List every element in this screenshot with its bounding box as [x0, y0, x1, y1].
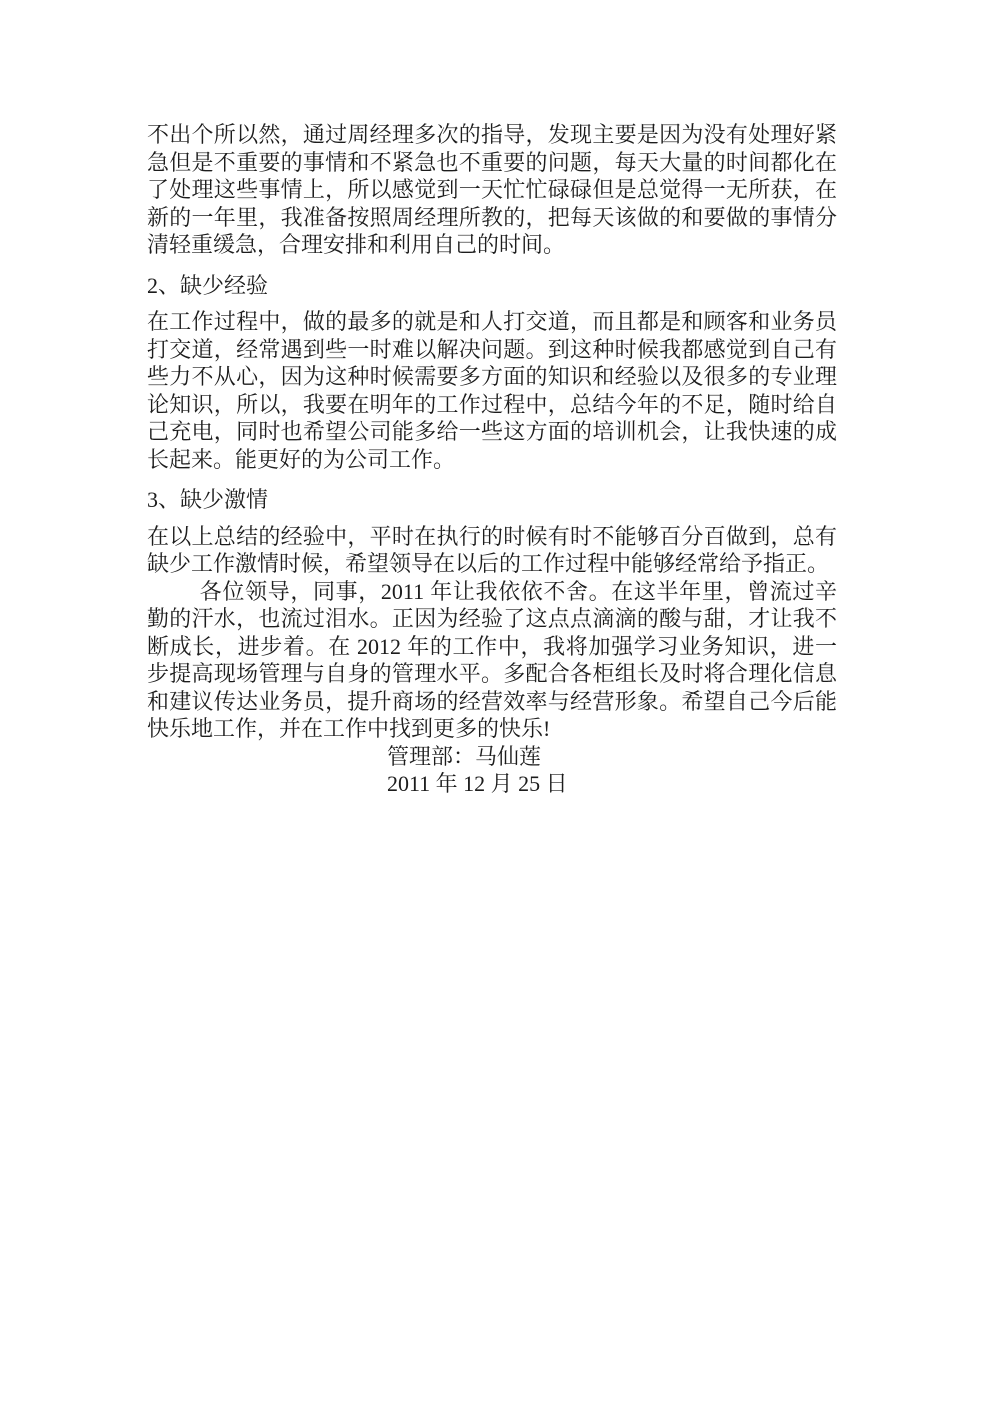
- section-heading-3: 3、缺少激情: [147, 486, 837, 514]
- paragraph-lack-experience: 在工作过程中，做的最多的就是和人打交道，而且都是和顾客和业务员打交道，经常遇到些…: [147, 308, 837, 473]
- paragraph-closing: 各位领导，同事，2011 年让我依依不舍。在这半年里，曾流过辛勤的汗水，也流过泪…: [147, 578, 837, 743]
- section-heading-2: 2、缺少经验: [147, 272, 837, 300]
- paragraph-shortcoming-1: 不出个所以然，通过周经理多次的指导，发现主要是因为没有处理好紧急但是不重要的事情…: [147, 121, 837, 259]
- paragraph-lack-passion: 在以上总结的经验中，平时在执行的时候有时不能够百分百做到，总有缺少工作激情时候，…: [147, 523, 837, 578]
- document-page: 不出个所以然，通过周经理多次的指导，发现主要是因为没有处理好紧急但是不重要的事情…: [0, 0, 1000, 1415]
- date-line: 2011 年 12 月 25 日: [147, 770, 837, 798]
- document-content: 不出个所以然，通过周经理多次的指导，发现主要是因为没有处理好紧急但是不重要的事情…: [147, 121, 837, 798]
- signature-line: 管理部：马仙莲: [147, 743, 837, 771]
